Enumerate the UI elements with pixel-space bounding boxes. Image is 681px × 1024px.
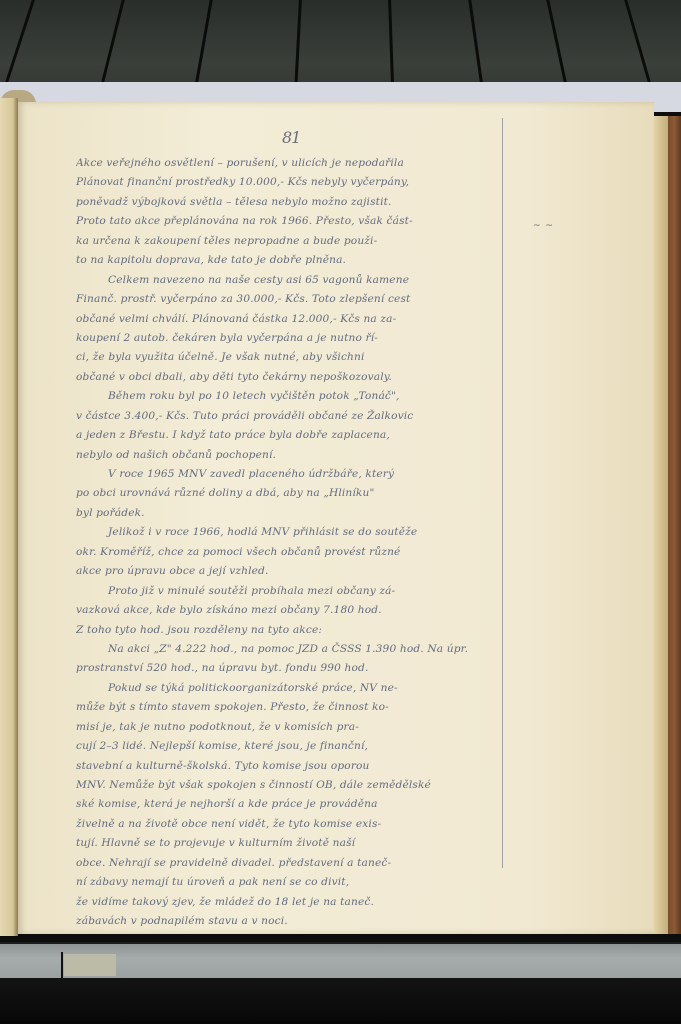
text-line: vazková akce, kde bylo získáno mezi obča…	[76, 601, 516, 620]
text-line: občané v obci dbali, aby děti tyto čekár…	[76, 368, 516, 387]
text-line: může být s tímto stavem spokojen. Přesto…	[76, 698, 516, 717]
text-line: v částce 3.400,- Kčs. Tuto práci provádě…	[76, 407, 516, 426]
text-line: Proto tato akce přeplánována na rok 1966…	[76, 212, 516, 231]
text-line: Z toho tyto hod. jsou rozděleny na tyto …	[76, 621, 516, 640]
page-number: 81	[282, 128, 300, 147]
text-line: okr. Kroměříž, chce za pomoci všech obča…	[76, 543, 516, 562]
text-line: Celkem navezeno na naše cesty asi 65 vag…	[76, 271, 516, 290]
text-line: občané velmi chválí. Plánovaná částka 12…	[76, 310, 516, 329]
rail-label-plate	[64, 954, 116, 976]
text-line: ské komise, která je nejhorší a kde prác…	[76, 795, 516, 814]
text-line: Jelikož i v roce 1966, hodlá MNV přihlás…	[76, 523, 516, 542]
text-line: to na kapitolu doprava, kde tato je dobř…	[76, 251, 516, 270]
text-line: akce pro úpravu obce a její vzhled.	[76, 562, 516, 581]
handwritten-text-body: Akce veřejného osvětlení – porušení, v u…	[76, 154, 516, 932]
text-line: Finanč. prostř. vyčerpáno za 30.000,- Kč…	[76, 290, 516, 309]
text-line: Proto již v minulé soutěži probíhala mez…	[76, 582, 516, 601]
text-line: nebylo od našich občanů pochopení.	[76, 446, 516, 465]
text-line: zábavách v podnapilém stavu a v noci.	[76, 912, 516, 931]
text-line: a jeden z Břestu. I když tato práce byla…	[76, 426, 516, 445]
text-line: byl pořádek.	[76, 504, 516, 523]
text-line: Plánovat finanční prostředky 10.000,- Kč…	[76, 173, 516, 192]
text-line: ní zábavy nemají tu úroveň a pak není se…	[76, 873, 516, 892]
text-line: po obci urovnává různé doliny a dbá, aby…	[76, 484, 516, 503]
book-cover-edge	[668, 116, 681, 934]
floor-background	[0, 978, 681, 1024]
left-page-edge	[0, 98, 18, 936]
text-line: obce. Nehrají se pravidelně divadel. pře…	[76, 854, 516, 873]
margin-note: ~ ~	[533, 221, 554, 231]
text-line: stavební a kulturně-školská. Tyto komise…	[76, 757, 516, 776]
text-line: MNV. Nemůže být však spokojen s činností…	[76, 776, 516, 795]
text-line: tují. Hlavně se to projevuje v kulturním…	[76, 834, 516, 853]
text-line: ka určena k zakoupení těles nepropadne a…	[76, 232, 516, 251]
text-line: cují 2–3 lidé. Nejlepší komise, které js…	[76, 737, 516, 756]
text-line: poněvadž výbojková světla – tělesa nebyl…	[76, 193, 516, 212]
text-line: Akce veřejného osvětlení – porušení, v u…	[76, 154, 516, 173]
text-line: misí je, tak je nutno podotknout, že v k…	[76, 718, 516, 737]
rail-marker	[61, 952, 63, 978]
text-line: Na akci „Z" 4.222 hod., na pomoc JZD a Č…	[76, 640, 516, 659]
text-line: koupení 2 autob. čekáren byla vyčerpána …	[76, 329, 516, 348]
text-line: Během roku byl po 10 letech vyčištěn pot…	[76, 387, 516, 406]
text-line: ci, že byla využita účelně. Je však nutn…	[76, 348, 516, 367]
scanner-rail	[0, 942, 681, 980]
text-line: že vidíme takový zjev, že mládež do 18 l…	[76, 893, 516, 912]
text-line: prostranství 520 hod., na úpravu byt. fo…	[76, 659, 516, 678]
text-line: Pokud se týká politickoorganizátorské pr…	[76, 679, 516, 698]
text-line: V roce 1965 MNV zavedl placeného údržbář…	[76, 465, 516, 484]
text-line: živelně a na životě obce není vidět, že …	[76, 815, 516, 834]
